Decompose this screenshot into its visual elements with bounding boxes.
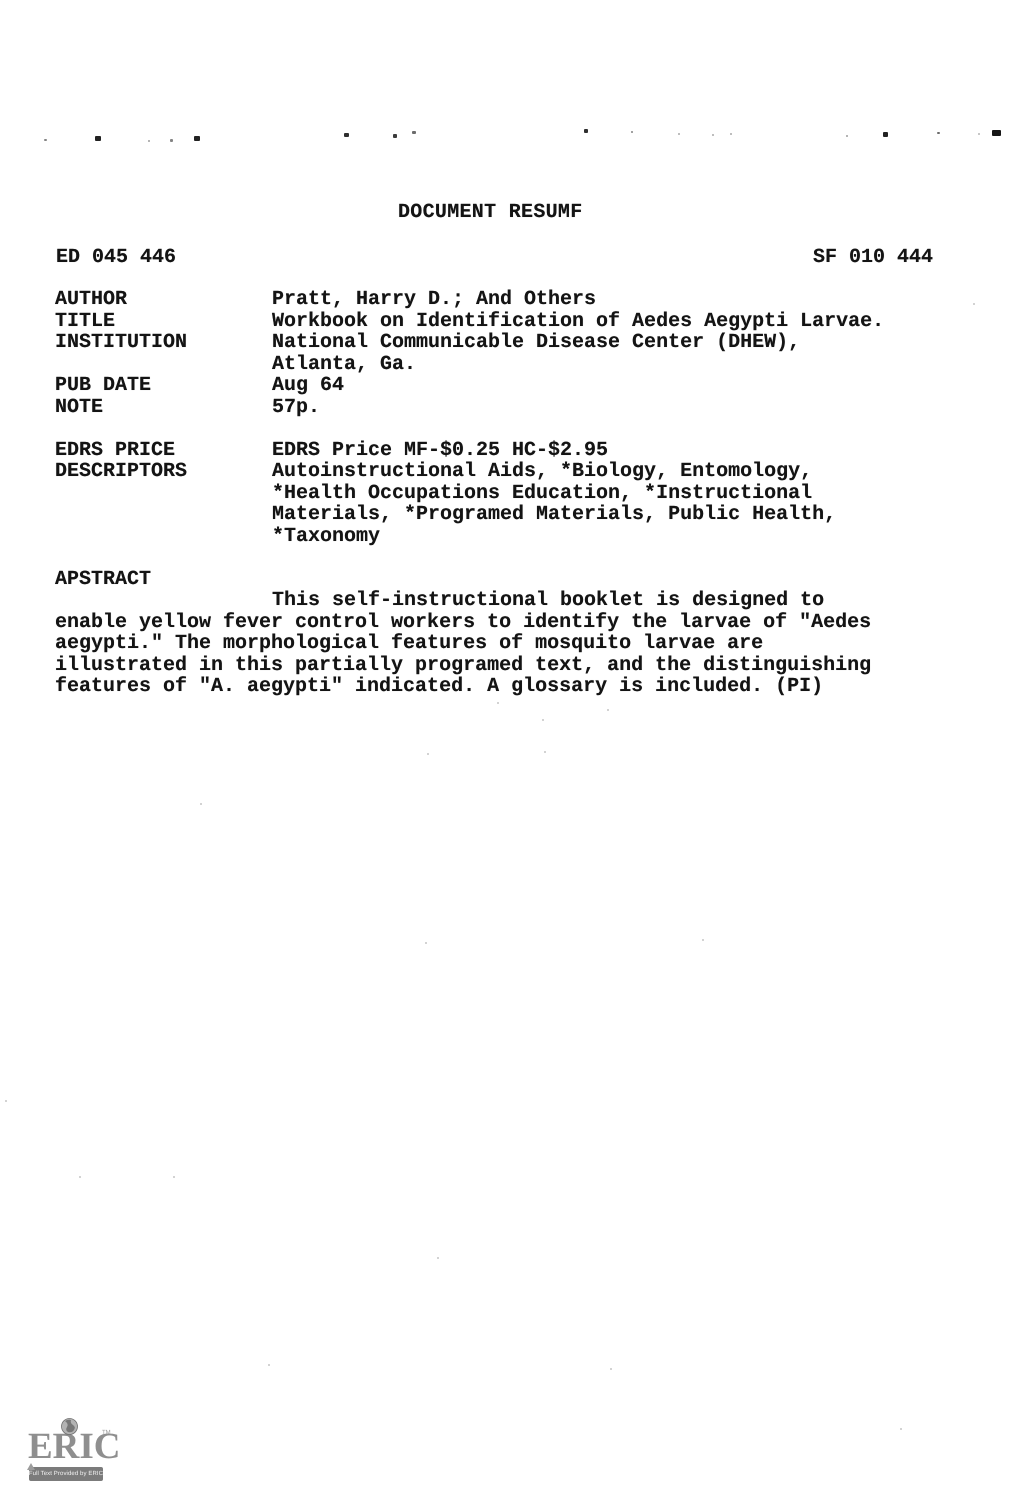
field-label: PUB DATE [55,375,272,397]
scan-speck [200,803,202,805]
document-body: AUTHORPratt, Harry D.; And Others TITLEW… [55,289,985,698]
field-row-descriptors-cont: Materials, *Programed Materials, Public … [55,504,985,526]
scan-artifact-mark [95,136,101,141]
field-value: Atlanta, Ga. [272,353,416,376]
field-row-descriptors-cont: *Taxonomy [55,526,985,548]
scan-artifact-mark [412,131,416,134]
field-value: National Communicable Disease Center (DH… [272,331,800,354]
scan-speck [542,719,544,721]
abstract-heading: APSTRACT [55,569,985,591]
field-value: Aug 64 [272,374,344,397]
eric-logo: ERIC TM Full Text Provided by ERIC [26,1420,112,1492]
scan-artifact-mark [194,136,200,141]
field-row-note: NOTE57p. [55,397,985,419]
field-value: Autoinstructional Aids, *Biology, Entomo… [272,460,812,483]
scan-artifact-mark [678,133,680,135]
field-label: INSTITUTION [55,332,272,354]
field-row-descriptors-cont: *Health Occupations Education, *Instruct… [55,483,985,505]
scan-speck [610,1368,612,1370]
eric-banner: Full Text Provided by ERIC [29,1467,103,1481]
clearinghouse-number: SF 010 444 [813,246,933,269]
field-value: Materials, *Programed Materials, Public … [272,503,836,526]
scan-speck [425,942,427,944]
scan-artifact-mark [712,134,714,136]
field-value: Pratt, Harry D.; And Others [272,288,596,311]
abstract-label: APSTRACT [55,568,151,591]
scan-artifact-mark [883,132,888,137]
field-label: DESCRIPTORS [55,461,272,483]
field-label: TITLE [55,311,272,333]
scan-artifact-mark [393,134,397,138]
field-label: EDRS PRICE [55,440,272,462]
field-row-title: TITLEWorkbook on Identification of Aedes… [55,311,985,333]
trademark-mark: TM [102,1430,111,1436]
field-value: EDRS Price MF-$0.25 HC-$2.95 [272,439,608,462]
abstract-text: features of "A. aegypti" indicated. A gl… [55,675,823,698]
blank-line [55,418,985,440]
scan-artifact-mark [584,129,588,133]
scan-artifact-mark [937,132,940,134]
ed-number: ED 045 446 [56,246,176,269]
scan-artifact-mark [978,133,980,135]
scan-speck [497,702,499,704]
field-value: Workbook on Identification of Aedes Aegy… [272,310,884,333]
field-label: AUTHOR [55,289,272,311]
abstract-line: features of "A. aegypti" indicated. A gl… [55,676,985,698]
field-value: 57p. [272,396,320,419]
field-row-institution: INSTITUTIONNational Communicable Disease… [55,332,985,354]
scan-speck [268,1364,270,1366]
scan-speck [900,1428,902,1430]
scan-speck [607,709,609,711]
scan-artifact-mark [846,135,848,137]
scan-artifact-mark [730,133,732,135]
field-row-pub-date: PUB DATEAug 64 [55,375,985,397]
abstract-line: illustrated in this partially programed … [55,655,985,677]
scan-speck [5,1100,7,1102]
blank-line [55,547,985,569]
abstract-line: enable yellow fever control workers to i… [55,612,985,634]
field-row-author: AUTHORPratt, Harry D.; And Others [55,289,985,311]
abstract-line-indented: This self-instructional booklet is desig… [55,590,985,612]
scan-artifact-mark [148,140,150,142]
field-row-institution-cont: Atlanta, Ga. [55,354,985,376]
scan-speck [79,1176,81,1178]
abstract-text: enable yellow fever control workers to i… [55,611,871,634]
abstract-text: This self-instructional booklet is desig… [272,589,824,612]
field-value: *Taxonomy [272,525,380,548]
field-label: NOTE [55,397,272,419]
abstract-line: aegypti." The morphological features of … [55,633,985,655]
abstract-text: aegypti." The morphological features of … [55,632,763,655]
scan-speck [427,753,429,755]
scan-speck [173,1176,175,1178]
page: DOCUMENT RESUMF ED 045 446 SF 010 444 AU… [0,0,1020,1504]
scan-speck [973,303,975,305]
scan-artifact-mark [992,130,1001,136]
scan-speck [437,1257,439,1259]
document-title: DOCUMENT RESUMF [398,201,583,224]
scan-artifact-mark [170,139,173,142]
scan-speck [544,751,546,753]
globe-icon [61,1418,78,1435]
scan-artifact-mark [631,131,633,133]
banner-fold-icon [27,1463,35,1470]
scan-speck [702,939,704,941]
field-row-edrs-price: EDRS PRICEEDRS Price MF-$0.25 HC-$2.95 [55,440,985,462]
scan-artifact-mark [344,133,349,137]
field-row-descriptors: DESCRIPTORSAutoinstructional Aids, *Biol… [55,461,985,483]
abstract-text: illustrated in this partially programed … [55,654,871,677]
scan-artifact-mark [44,139,47,141]
field-value: *Health Occupations Education, *Instruct… [272,482,812,505]
eric-tagline: Full Text Provided by ERIC [29,1471,103,1477]
